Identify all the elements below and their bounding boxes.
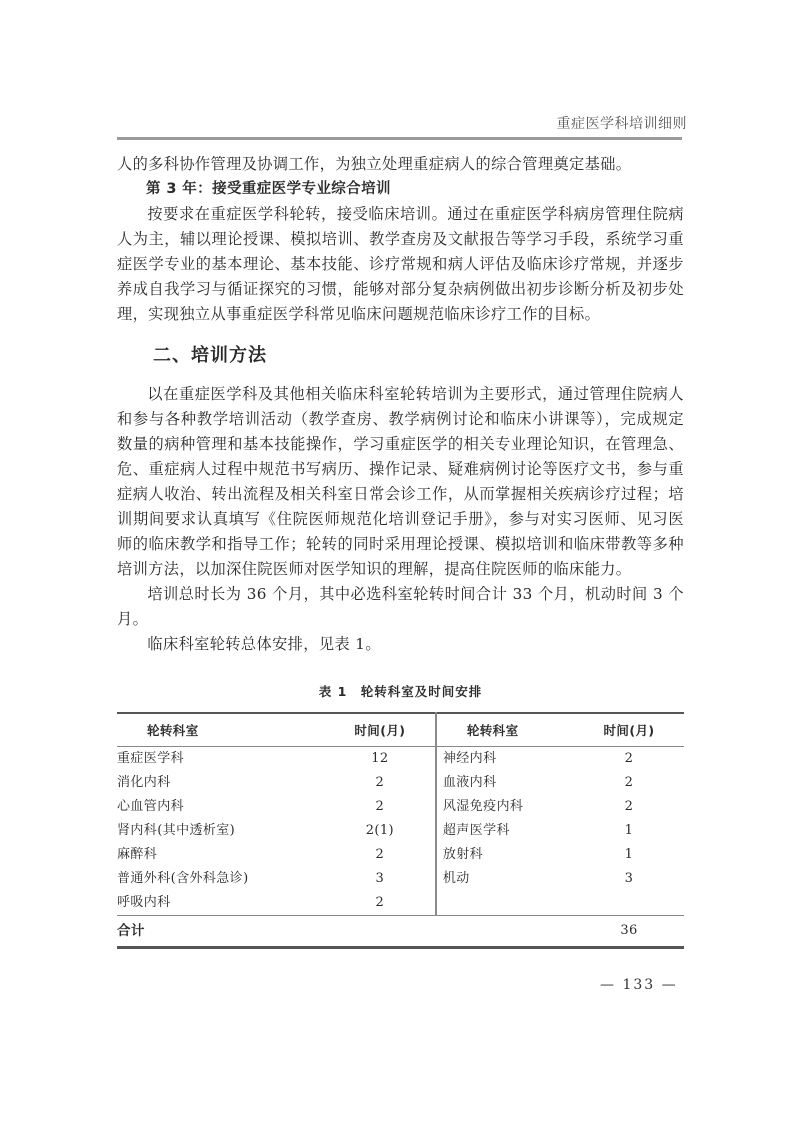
continuation-paragraph: 人的多科协作管理及协调工作，为独立处理重症病人的综合管理奠定基础。	[117, 152, 684, 177]
table-header-row: 轮转科室 时间(月) 轮转科室 时间(月)	[117, 713, 684, 747]
rotation-table: 轮转科室 时间(月) 轮转科室 时间(月) 重症医学科 12 神经内科 2 消化…	[117, 712, 684, 949]
dept-cell: 超声医学科	[436, 819, 574, 843]
table-row: 呼吸内科 2	[117, 891, 684, 916]
months-cell: 2	[574, 795, 684, 819]
header-dept-a: 轮转科室	[117, 713, 325, 747]
dept-cell: 放射科	[436, 843, 574, 867]
year3-paragraph: 按要求在重症医学科轮转，接受临床培训。通过在重症医学科病房管理住院病人为主，辅以…	[117, 202, 684, 327]
dept-cell: 心血管内科	[117, 795, 325, 819]
method-paragraph: 以在重症医学科及其他相关临床科室轮转培训为主要形式，通过管理住院病人和参与各种教…	[117, 382, 684, 582]
total-spacer	[436, 916, 574, 948]
duration-paragraph: 培训总时长为 36 个月，其中必选科室轮转时间合计 33 个月，机动时间 3 个…	[117, 582, 684, 632]
header-months-b: 时间(月)	[574, 713, 684, 747]
months-cell: 2	[574, 771, 684, 795]
page-body: 人的多科协作管理及协调工作，为独立处理重症病人的综合管理奠定基础。 第 3 年：…	[117, 152, 684, 949]
dept-cell: 机动	[436, 867, 574, 891]
dept-cell: 神经内科	[436, 747, 574, 772]
months-cell: 1	[574, 843, 684, 867]
months-cell: 2	[325, 891, 436, 916]
section-title: 二、培训方法	[117, 343, 684, 368]
table-caption: 表 1 轮转科室及时间安排	[117, 679, 684, 704]
months-cell: 2	[574, 747, 684, 772]
months-cell: 2	[325, 795, 436, 819]
months-cell: 2	[325, 771, 436, 795]
months-cell: 3	[574, 867, 684, 891]
header-months-a: 时间(月)	[325, 713, 436, 747]
months-cell: 1	[574, 819, 684, 843]
table-row: 重症医学科 12 神经内科 2	[117, 747, 684, 772]
header-rule	[117, 137, 682, 140]
year3-heading: 第 3 年：接受重症医学专业综合培训	[117, 177, 684, 202]
dept-cell: 风湿免疫内科	[436, 795, 574, 819]
table-row: 麻醉科 2 放射科 1	[117, 843, 684, 867]
total-spacer	[325, 916, 436, 948]
total-label: 合计	[117, 916, 325, 948]
dept-cell: 普通外科(含外科急诊)	[117, 867, 325, 891]
page-number: — 133 —	[600, 977, 678, 993]
table-row: 消化内科 2 血液内科 2	[117, 771, 684, 795]
months-cell: 12	[325, 747, 436, 772]
dept-cell: 呼吸内科	[117, 891, 325, 916]
dept-cell: 血液内科	[436, 771, 574, 795]
dept-cell	[436, 891, 574, 916]
months-cell: 3	[325, 867, 436, 891]
dept-cell: 麻醉科	[117, 843, 325, 867]
dept-cell: 重症医学科	[117, 747, 325, 772]
months-cell: 2(1)	[325, 819, 436, 843]
table-row: 普通外科(含外科急诊) 3 机动 3	[117, 867, 684, 891]
table-reference-paragraph: 临床科室轮转总体安排，见表 1。	[117, 632, 684, 657]
months-cell: 2	[325, 843, 436, 867]
dept-cell: 消化内科	[117, 771, 325, 795]
table-total-row: 合计 36	[117, 916, 684, 948]
running-header-title: 重症医学科培训细则	[557, 113, 688, 133]
header-dept-b: 轮转科室	[436, 713, 574, 747]
months-cell	[574, 891, 684, 916]
table-row: 肾内科(其中透析室) 2(1) 超声医学科 1	[117, 819, 684, 843]
table-row: 心血管内科 2 风湿免疫内科 2	[117, 795, 684, 819]
dept-cell: 肾内科(其中透析室)	[117, 819, 325, 843]
total-value: 36	[574, 916, 684, 948]
